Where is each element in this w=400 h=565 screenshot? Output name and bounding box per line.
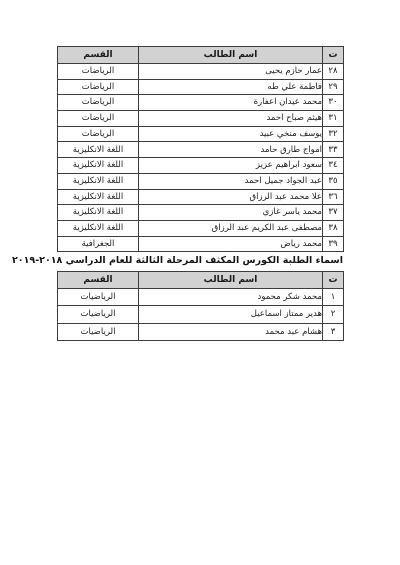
department: اللغة الانكليزية: [58, 220, 139, 236]
student-name: محمد رياض: [139, 236, 323, 252]
row-number: ١: [323, 289, 344, 306]
row-number: ٣٣: [323, 142, 344, 158]
department: الرياضيات: [58, 306, 139, 323]
row-number: ٣٤: [323, 158, 344, 174]
section-title: اسماء الطلبة الكورس المكثف المرحلة الثال…: [57, 253, 343, 268]
table-row: ٣٣ امواج طارق حامد اللغة الانكليزية: [58, 142, 344, 158]
table-row: ٢٨ عمار حازم يحيى الرياضات: [58, 64, 344, 80]
header-row: ت اسم الطالب القسم: [58, 272, 344, 289]
student-name: محمد عيدان اعفارة: [139, 95, 323, 111]
student-name: هدير ممتاز اسماعيل: [139, 306, 323, 323]
table-row: ٣٥ عبد الجواد جميل احمد اللغة الانكليزية: [58, 173, 344, 189]
col-header-num: ت: [323, 47, 344, 64]
row-number: ٢٨: [323, 64, 344, 80]
department: الجغرافية: [58, 236, 139, 252]
row-number: ٣٨: [323, 220, 344, 236]
row-number: ٢: [323, 306, 344, 323]
table-row: ٣ هشام عبد محمد الرياضيات: [58, 323, 344, 340]
department: اللغة الانكليزية: [58, 189, 139, 205]
row-number: ٣٦: [323, 189, 344, 205]
student-name: مصطفى عبد الكريم عبد الرزاق: [139, 220, 323, 236]
department: الرياضيات: [58, 323, 139, 340]
student-name: عمار حازم يحيى: [139, 64, 323, 80]
table-row: ٣٦ علا محمد عبد الرزاق اللغة الانكليزية: [58, 189, 344, 205]
table-row: ٣٩ محمد رياض الجغرافية: [58, 236, 344, 252]
department: الرياضات: [58, 95, 139, 111]
table-row: ٣١ هيثم صباح احمد الرياضات: [58, 111, 344, 127]
student-name: امواج طارق حامد: [139, 142, 323, 158]
student-name: عبد الجواد جميل احمد: [139, 173, 323, 189]
student-list-table-lower: ت اسم الطالب القسم ١ محمد شكر محمود الري…: [57, 271, 344, 341]
row-number: ٣٧: [323, 205, 344, 221]
student-name: هشام عبد محمد: [139, 323, 323, 340]
row-number: ٣٠: [323, 95, 344, 111]
department: الرياضات: [58, 126, 139, 142]
col-header-student-name: اسم الطالب: [139, 47, 323, 64]
department: اللغة الانكليزية: [58, 173, 139, 189]
department: اللغة الانكليزية: [58, 158, 139, 174]
row-number: ٣٢: [323, 126, 344, 142]
row-number: ٢٩: [323, 79, 344, 95]
student-name: يوسف منخي عبيد: [139, 126, 323, 142]
student-name: سعود ابراهيم عزيز: [139, 158, 323, 174]
col-header-department: القسم: [58, 47, 139, 64]
table-row: ٢٩ فاطمة علي طه الرياضات: [58, 79, 344, 95]
student-name: هيثم صباح احمد: [139, 111, 323, 127]
student-list-table-upper: ت اسم الطالب القسم ٢٨ عمار حازم يحيى الر…: [57, 46, 344, 252]
table-row: ٣٢ يوسف منخي عبيد الرياضات: [58, 126, 344, 142]
department: اللغة الانكليزية: [58, 205, 139, 221]
table-row: ٢ هدير ممتاز اسماعيل الرياضيات: [58, 306, 344, 323]
col-header-department: القسم: [58, 272, 139, 289]
table-row: ٣٧ محمد ياسر غازي اللغة الانكليزية: [58, 205, 344, 221]
document-page: ت اسم الطالب القسم ٢٨ عمار حازم يحيى الر…: [0, 0, 400, 565]
table-row: ١ محمد شكر محمود الرياضيات: [58, 289, 344, 306]
department: الرياضات: [58, 111, 139, 127]
table-row: ٣٠ محمد عيدان اعفارة الرياضات: [58, 95, 344, 111]
row-number: ٣٩: [323, 236, 344, 252]
department: الرياضات: [58, 79, 139, 95]
header-row: ت اسم الطالب القسم: [58, 47, 344, 64]
col-header-num: ت: [323, 272, 344, 289]
department: الرياضيات: [58, 289, 139, 306]
student-name: محمد شكر محمود: [139, 289, 323, 306]
department: اللغة الانكليزية: [58, 142, 139, 158]
table-row: ٣٨ مصطفى عبد الكريم عبد الرزاق اللغة الا…: [58, 220, 344, 236]
student-name: علا محمد عبد الرزاق: [139, 189, 323, 205]
col-header-student-name: اسم الطالب: [139, 272, 323, 289]
student-name: محمد ياسر غازي: [139, 205, 323, 221]
row-number: ٣٥: [323, 173, 344, 189]
student-name: فاطمة علي طه: [139, 79, 323, 95]
table-row: ٣٤ سعود ابراهيم عزيز اللغة الانكليزية: [58, 158, 344, 174]
row-number: ٣١: [323, 111, 344, 127]
department: الرياضات: [58, 64, 139, 80]
row-number: ٣: [323, 323, 344, 340]
